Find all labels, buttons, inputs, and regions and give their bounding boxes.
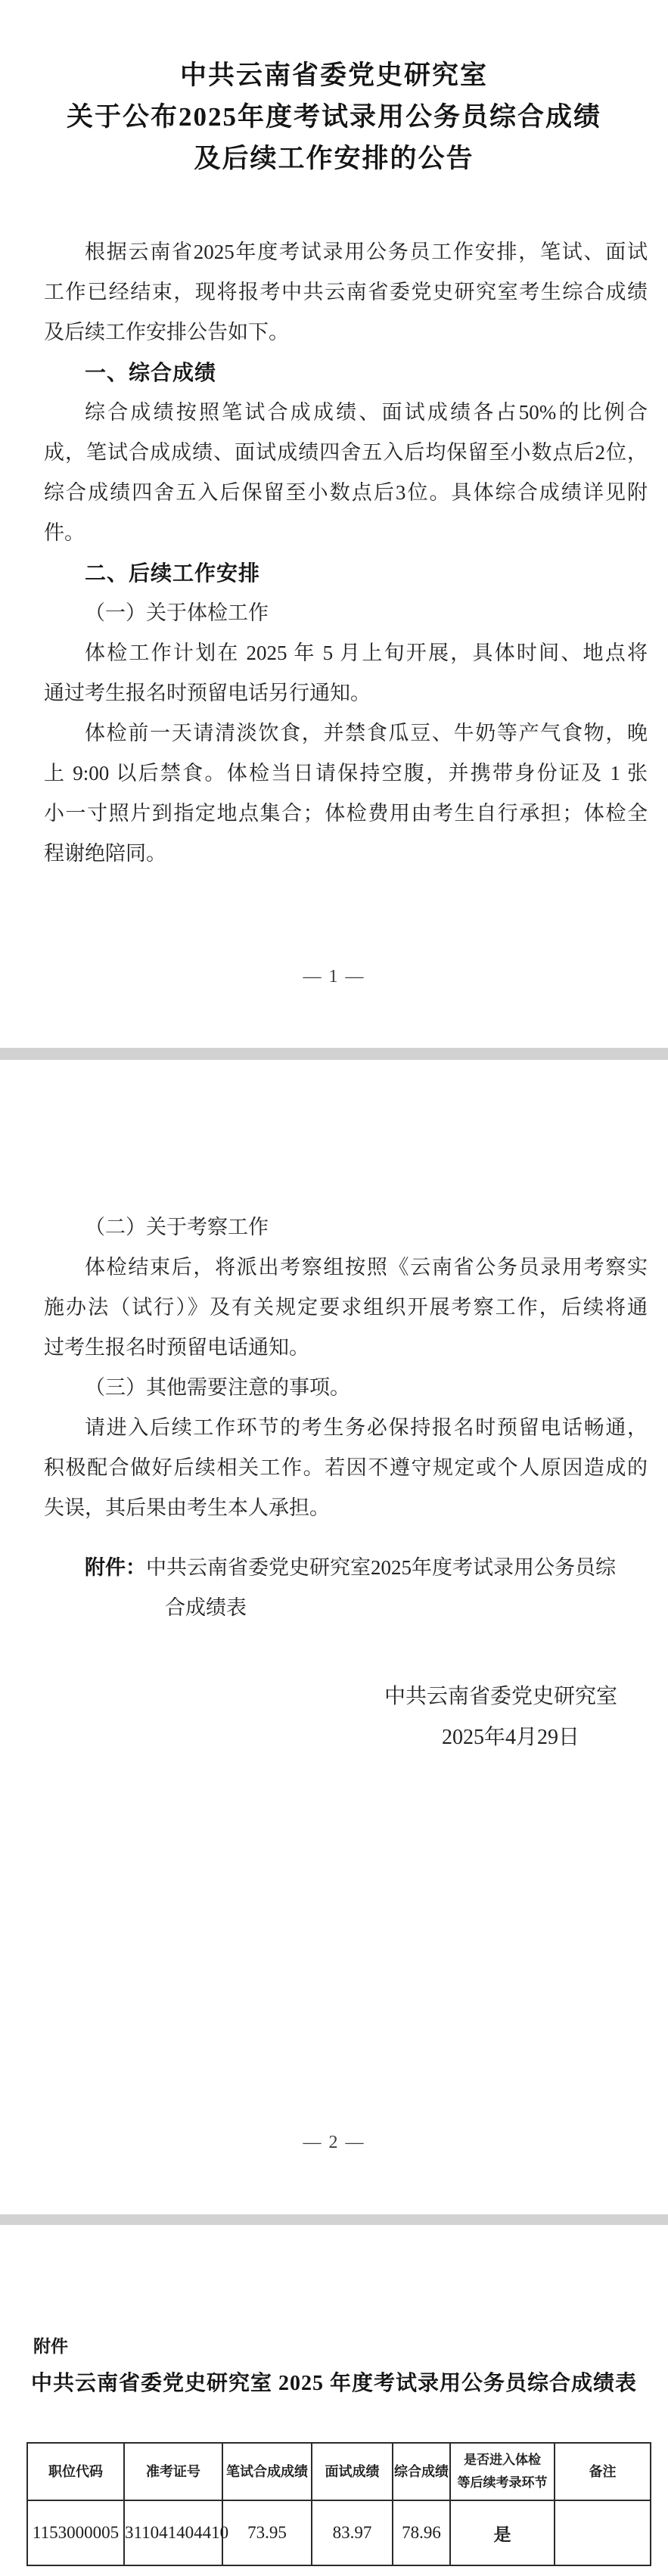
page-1-body: 根据云南省2025年度考试录用公务员工作安排，笔试、面试 工作已经结束，现将报考…	[44, 232, 648, 874]
intro-line: 工作已经结束，现将报考中共云南省委党史研究室考生综合成绩	[44, 272, 648, 312]
page-number-1: — 1 —	[0, 957, 668, 996]
section-1-line: 综合成绩四舍五入后保留至小数点后3位。具体综合成绩详见附	[44, 473, 648, 513]
title-line-1: 中共云南省委党史研究室	[0, 54, 668, 96]
attachment-heading: 附件	[33, 2335, 68, 2357]
cell-position-code: 1153000005	[27, 2500, 124, 2565]
page-3-attachment: 附件 中共云南省委党史研究室 2025 年度考试录用公务员综合成绩表 职位代码 …	[0, 2225, 668, 2576]
cell-comprehensive-score: 78.96	[393, 2500, 450, 2565]
document-title: 中共云南省委党史研究室 关于公布2025年度考试录用公务员综合成绩 及后续工作安…	[0, 54, 668, 179]
attachment-reference: 附件：中共云南省委党史研究室2025年度考试录用公务员综 合成绩表	[44, 1548, 648, 1628]
cell-remarks	[555, 2500, 651, 2565]
section-1-line: 件。	[44, 513, 648, 553]
scanned-announcement-document: 中共云南省委党史研究室 关于公布2025年度考试录用公务员综合成绩 及后续工作安…	[0, 0, 668, 2576]
subsection-1-heading: （一）关于体检工作	[44, 593, 648, 633]
header-remarks: 备注	[555, 2443, 651, 2500]
score-table-title: 中共云南省委党史研究室 2025 年度考试录用公务员综合成绩表	[0, 2369, 668, 2399]
section-1-line: 综合成绩按照笔试合成成绩、面试成绩各占50%的比例合	[44, 393, 648, 433]
attachment-title-part-2: 合成绩表	[165, 1588, 648, 1628]
intro-line: 根据云南省2025年度考试录用公务员工作安排，笔试、面试	[44, 232, 648, 272]
cell-proceed-to-medical: 是	[450, 2500, 555, 2565]
page-2-body: （二）关于考察工作 体检结束后，将派出考察组按照《云南省公务员录用考察实 施办法…	[44, 1207, 648, 1628]
attachment-reference-line-1: 附件：中共云南省委党史研究室2025年度考试录用公务员综	[85, 1548, 648, 1588]
header-position-code: 职位代码	[27, 2443, 124, 2500]
inspection-line: 体检结束后，将派出考察组按照《云南省公务员录用考察实	[44, 1248, 648, 1288]
intro-line: 及后续工作安排公告如下。	[44, 312, 648, 353]
page-1: 中共云南省委党史研究室 关于公布2025年度考试录用公务员综合成绩 及后续工作安…	[0, 0, 668, 1048]
page-separator	[0, 1048, 668, 1060]
cell-written-score: 73.95	[222, 2500, 312, 2565]
issuing-authority-signature: 中共云南省委党史研究室	[44, 1676, 648, 1717]
medical-notes-line: 小一寸照片到指定地点集合；体检费用由考生自行承担；体检全	[44, 794, 648, 834]
header-interview-score: 面试成绩	[312, 2443, 393, 2500]
attachment-label: 附件：	[85, 1556, 146, 1579]
header-written-score: 笔试合成成绩	[222, 2443, 312, 2500]
page-separator	[0, 2214, 668, 2225]
medical-check-line: 通过考生报名时预留电话另行通知。	[44, 673, 648, 713]
subsection-2-heading: （二）关于考察工作	[44, 1207, 648, 1248]
cell-admission-ticket-no: 311041404410	[124, 2500, 222, 2565]
score-table-header-row: 职位代码 准考证号 笔试合成成绩 面试成绩 综合成绩 是否进入体检 等后续考录环…	[27, 2443, 651, 2500]
subsection-3-heading: （三）其他需要注意的事项。	[44, 1368, 648, 1408]
medical-check-line: 体检工作计划在 2025 年 5 月上旬开展，具体时间、地点将	[44, 633, 648, 673]
attachment-title-part-1: 中共云南省委党史研究室2025年度考试录用公务员综	[146, 1556, 616, 1579]
cell-interview-score: 83.97	[312, 2500, 393, 2565]
issue-date: 2025年4月29日	[44, 1717, 648, 1757]
notice-line: 积极配合做好后续相关工作。若因不遵守规定或个人原因造成的	[44, 1448, 648, 1488]
score-table: 职位代码 准考证号 笔试合成成绩 面试成绩 综合成绩 是否进入体检 等后续考录环…	[26, 2442, 651, 2566]
section-1-heading: 一、综合成绩	[44, 353, 648, 393]
section-1-line: 成，笔试合成成绩、面试成绩四舍五入后均保留至小数点后2位，	[44, 433, 648, 473]
page-2: （二）关于考察工作 体检结束后，将派出考察组按照《云南省公务员录用考察实 施办法…	[0, 1060, 668, 2214]
title-line-3: 及后续工作安排的公告	[0, 138, 668, 179]
notice-line: 失误，其后果由考生本人承担。	[44, 1488, 648, 1528]
medical-notes-line: 体检前一天请清淡饮食，并禁食瓜豆、牛奶等产气食物，晚	[44, 713, 648, 754]
medical-notes-line: 上 9:00 以后禁食。体检当日请保持空腹，并携带身份证及 1 张	[44, 754, 648, 794]
inspection-line: 施办法（试行）》及有关规定要求组织开展考察工作，后续将通	[44, 1288, 648, 1328]
notice-line: 请进入后续工作环节的考生务必保持报名时预留电话畅通，	[44, 1408, 648, 1448]
section-2-heading: 二、后续工作安排	[44, 553, 648, 593]
header-comprehensive-score: 综合成绩	[393, 2443, 450, 2500]
header-admission-ticket-no: 准考证号	[124, 2443, 222, 2500]
score-table-data-row: 1153000005 311041404410 73.95 83.97 78.9…	[27, 2500, 651, 2565]
page-number-2: — 2 —	[0, 2123, 668, 2162]
header-proceed-to-medical: 是否进入体检 等后续考录环节	[450, 2443, 555, 2500]
inspection-line: 过考生报名时预留电话通知。	[44, 1328, 648, 1368]
title-line-2: 关于公布2025年度考试录用公务员综合成绩	[0, 96, 668, 138]
medical-notes-line: 程谢绝陪同。	[44, 834, 648, 874]
